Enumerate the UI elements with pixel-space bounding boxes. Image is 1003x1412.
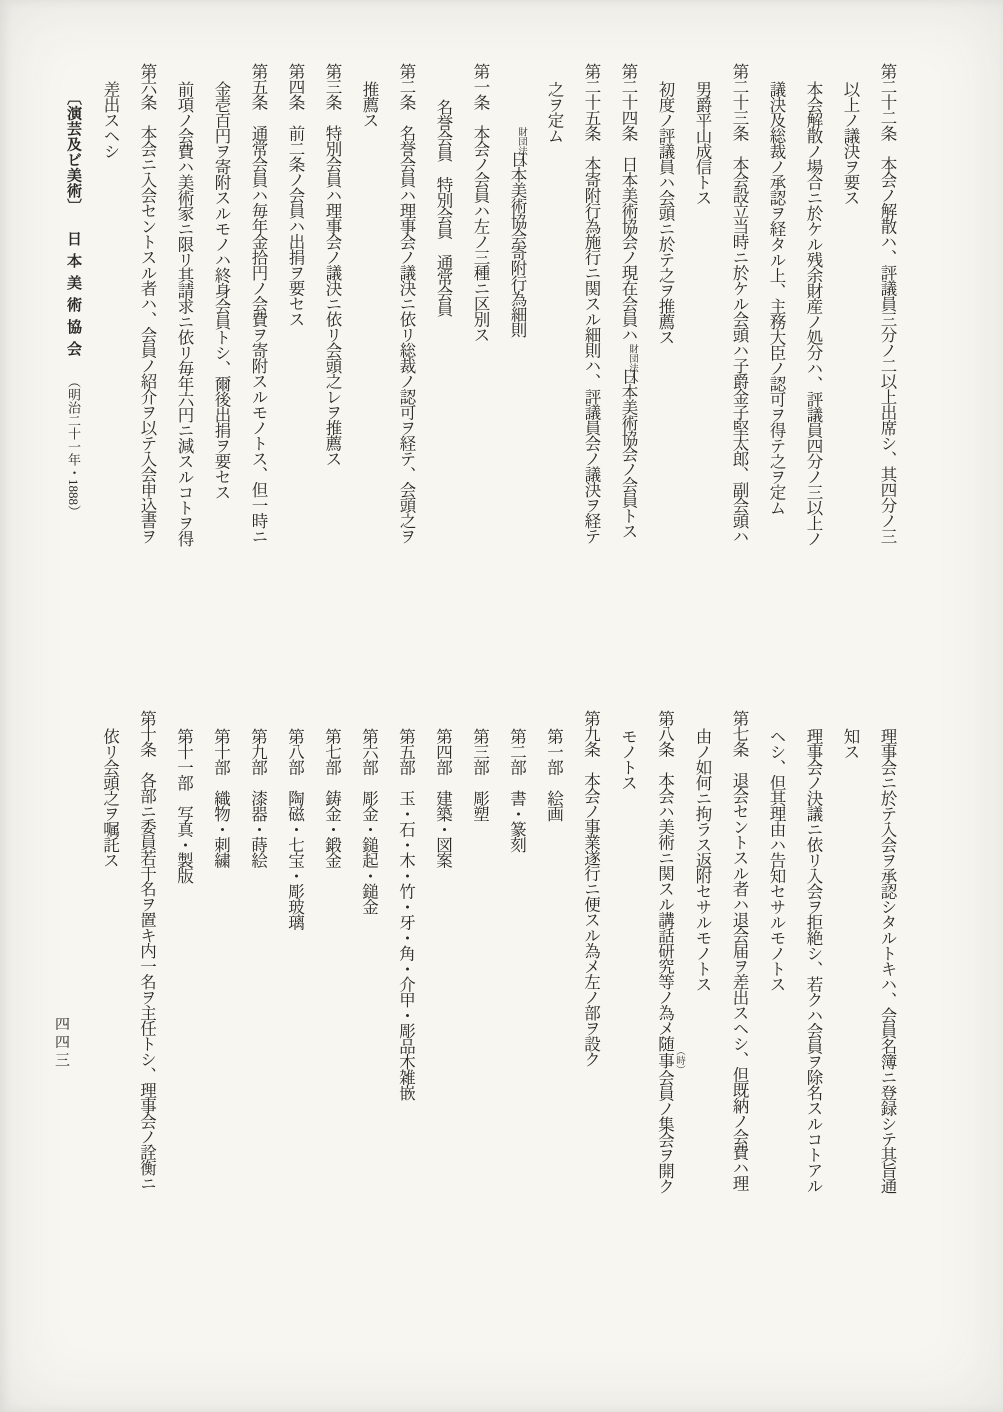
article-line: 前項ノ会費ハ美術家ニ限リ其請求ニ依リ毎年六円ニ減スルコトヲ得 [166,63,203,693]
article-line: 由ノ如何ニ拘ラス返附セサルモノトス [684,710,721,1370]
article-line: 初度ノ評議員ハ会頭ニ於テ之ヲ推薦ス [647,63,684,693]
gloss-ruby: 事（時） [656,1051,675,1070]
article-line: 第四条 前二条ノ会員ハ出捐ヲ要セス [277,63,314,693]
article-line: 以上ノ議決ヲ要ス [832,63,869,693]
division-list-item: 第十部 織物・刺繍 [203,710,240,1370]
article-line: 依リ会頭之ヲ嘱託ス [92,710,129,1370]
article-line: モノトス [610,710,647,1370]
article-line: 理事会ニ於テ入会ヲ承認シタルトキハ、会員名簿ニ登録シテ其旨通 [869,710,906,1370]
article-line: 第九条 本会ノ事業遂行ニ便スル為メ左ノ部ヲ設ク [573,710,610,1370]
section-heading: 財団法人日本美術協会寄附行為細則 [499,63,536,693]
article-line: ヘシ、但其理由ハ告知セサルモノトス [758,710,795,1370]
division-list-item: 第九部 漆器・蒔絵 [240,710,277,1370]
article-line: 理事会ノ決議ニ依リ入会ヲ拒絶シ、若クハ会員ヲ除名スルコトアル [795,710,832,1370]
article-line: 第八条 本会ハ美術ニ関スル講話研究等ノ為メ随事（時）会員ノ集会ヲ開ク [647,710,685,1370]
running-head-organization: 日本美術協会 [65,231,81,363]
division-list-item: 第五部 玉・石・木・竹・牙・角・介甲・彫品木雑嵌 [388,710,425,1370]
article-line-text: 第二十四条 日本美術協会ノ現在会員ハ [619,63,638,342]
division-list-item: 第七部 鋳金・鍛金 [314,710,351,1370]
article-line: 第五条 通常会員ハ毎年金拾円ノ会費ヲ寄附スルモノトス、但一時ニ [240,63,277,693]
division-list-item: 第十一部 写真・製版 [166,710,203,1370]
page-number: 四四三 [50,1016,72,1070]
article-line: 知ス [832,710,869,1370]
article-line: 第六条 本会ニ入会セントスル者ハ、会員ノ紹介ヲ以テ入会申込書ヲ [129,63,166,693]
article-line: 第二十二条 本会ノ解散ハ、評議員三分ノ二以上出席シ、其四分ノ三 [869,63,906,693]
article-line-text: 日本美術協会ノ会員トス [619,368,638,539]
division-list-item: 第八部 陶磁・七宝・彫玻璃 [277,710,314,1370]
warichu-note: 財団法人 [627,344,638,366]
article-line: 之ヲ定ム [536,63,573,693]
gloss-note: （時） [674,1046,684,1075]
article-line: 第一条 本会ノ会員ハ左ノ三種ニ区別ス [462,63,499,693]
running-head-category: 〔演芸及ビ美術〕 [65,90,81,214]
division-list-item: 第四部 建築・図案 [425,710,462,1370]
article-line: 男爵平山成信トス [684,63,721,693]
running-head-date: （明治二十一年・1888） [66,375,81,518]
upper-text-block: 第二十二条 本会ノ解散ハ、評議員三分ノ二以上出席シ、其四分ノ三 以上ノ議決ヲ要ス… [54,63,906,693]
article-line: 推薦ス [351,63,388,693]
article-line: 差出スヘシ [92,63,129,693]
running-head: 〔演芸及ビ美術〕 日本美術協会 （明治二十一年・1888） [54,63,92,693]
article-line: 第二条 名誉会員ハ理事会ノ議決ニ依リ総裁ノ認可ヲ経テ、会頭之ヲ [388,63,425,693]
article-line: 第十条 各部ニ委員若干名ヲ置キ内一名ヲ主任トシ、理事会ノ詮衡ニ [129,710,166,1370]
division-list-item: 第三部 彫塑 [462,710,499,1370]
scanned-document-page: 第二十二条 本会ノ解散ハ、評議員三分ノ二以上出席シ、其四分ノ三 以上ノ議決ヲ要ス… [0,0,1003,1412]
article-line: 第二十三条 本会設立当時ニ於ケル会頭ハ子爵金子堅太郎、副会頭ハ [721,63,758,693]
article-line-text: 会員ノ集会ヲ開ク [656,1070,675,1194]
warichu-note: 財団法人 [516,127,527,149]
division-list-item: 第一部 絵画 [536,710,573,1370]
article-line: 第七条 退会セントスル者ハ退会届ヲ差出スヘシ、但既納ノ会費ハ理 [721,710,758,1370]
article-line: 金壱百円ヲ寄附スルモノハ終身会員トシ、爾後出捐ヲ要セス [203,63,240,693]
section-heading-text: 日本美術協会寄附行為細則 [508,151,527,337]
article-line: 名誉会員 特別会員 通常会員 [425,63,462,693]
article-line-text: 第八条 本会ハ美術ニ関スル講話研究等ノ為メ随 [656,710,675,1051]
article-line: 本会解散ノ場合ニ於ケル残余財産ノ処分ハ、評議員四分ノ三以上ノ [795,63,832,693]
article-line: 第二十四条 日本美術協会ノ現在会員ハ財団法人日本美術協会ノ会員トス [610,63,647,693]
lower-text-block: 理事会ニ於テ入会ヲ承認シタルトキハ、会員名簿ニ登録シテ其旨通 知ス 理事会ノ決議… [92,710,907,1370]
article-line: 第二十五条 本寄附行為施行ニ関スル細則ハ、評議員会ノ議決ヲ経テ [573,63,610,693]
division-list-item: 第二部 書・篆刻 [499,710,536,1370]
division-list-item: 第六部 彫金・鎚起・鎚金 [351,710,388,1370]
article-line: 議決及総裁ノ承認ヲ経タル上、主務大臣ノ認可ヲ得テ之ヲ定ム [758,63,795,693]
article-line: 第三条 特別会員ハ理事会ノ議決ニ依リ会頭之レヲ推薦ス [314,63,351,693]
